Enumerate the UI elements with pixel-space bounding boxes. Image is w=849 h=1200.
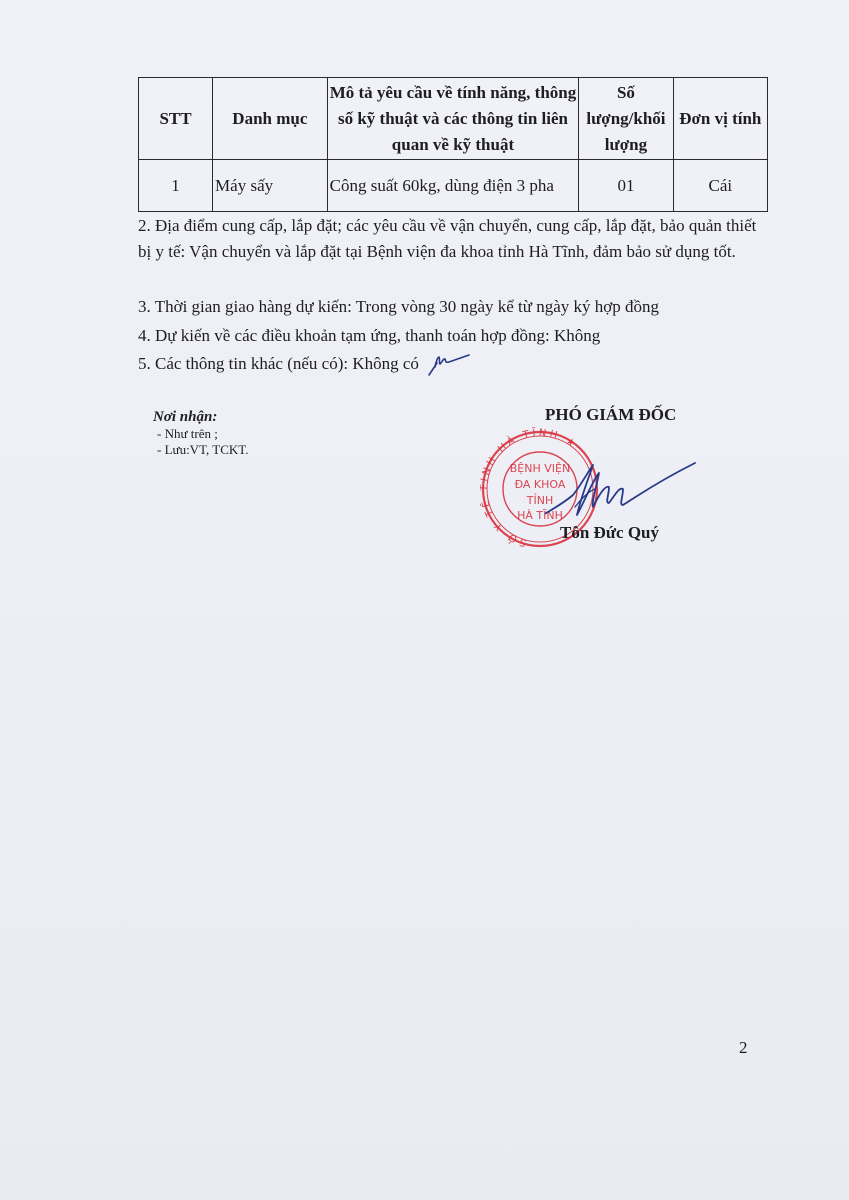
initials-mark-icon bbox=[427, 353, 471, 377]
item-other-info-text: 5. Các thông tin khác (nếu có): Không có bbox=[138, 354, 419, 373]
page-number: 2 bbox=[739, 1038, 748, 1058]
recipient-item: - Như trên ; bbox=[153, 426, 249, 442]
header-category: Danh mục bbox=[213, 78, 328, 160]
item-other-info: 5. Các thông tin khác (nếu có): Không có bbox=[138, 351, 768, 377]
item-delivery-time: 3. Thời gian giao hàng dự kiến: Trong vò… bbox=[138, 294, 768, 320]
recipients-title: Nơi nhận: bbox=[153, 408, 249, 426]
equipment-spec-table: STT Danh mục Mô tả yêu cầu về tính năng,… bbox=[138, 77, 768, 212]
cell-unit: Cái bbox=[673, 160, 767, 212]
recipients-block: Nơi nhận: - Như trên ; - Lưu:VT, TCKT. bbox=[153, 408, 249, 458]
header-quantity: Số lượng/khối lượng bbox=[579, 78, 673, 160]
signer-position: PHÓ GIÁM ĐỐC bbox=[545, 405, 676, 425]
cell-category: Máy sấy bbox=[213, 160, 328, 212]
header-description: Mô tả yêu cầu về tính năng, thông số kỹ … bbox=[327, 78, 579, 160]
recipient-item: - Lưu:VT, TCKT. bbox=[153, 442, 249, 458]
header-stt: STT bbox=[139, 78, 213, 160]
signer-name: Tôn Đức Quý bbox=[560, 523, 659, 543]
cell-description: Công suất 60kg, dùng điện 3 pha bbox=[327, 160, 579, 212]
header-unit: Đơn vị tính bbox=[673, 78, 767, 160]
cell-stt: 1 bbox=[139, 160, 213, 212]
table-header-row: STT Danh mục Mô tả yêu cầu về tính năng,… bbox=[139, 78, 768, 160]
cell-quantity: 01 bbox=[579, 160, 673, 212]
item-delivery-location: 2. Địa điểm cung cấp, lắp đặt; các yêu c… bbox=[138, 213, 768, 265]
item-payment-terms: 4. Dự kiến về các điều khoản tạm ứng, th… bbox=[138, 323, 768, 349]
table-row: 1 Máy sấy Công suất 60kg, dùng điện 3 ph… bbox=[139, 160, 768, 212]
